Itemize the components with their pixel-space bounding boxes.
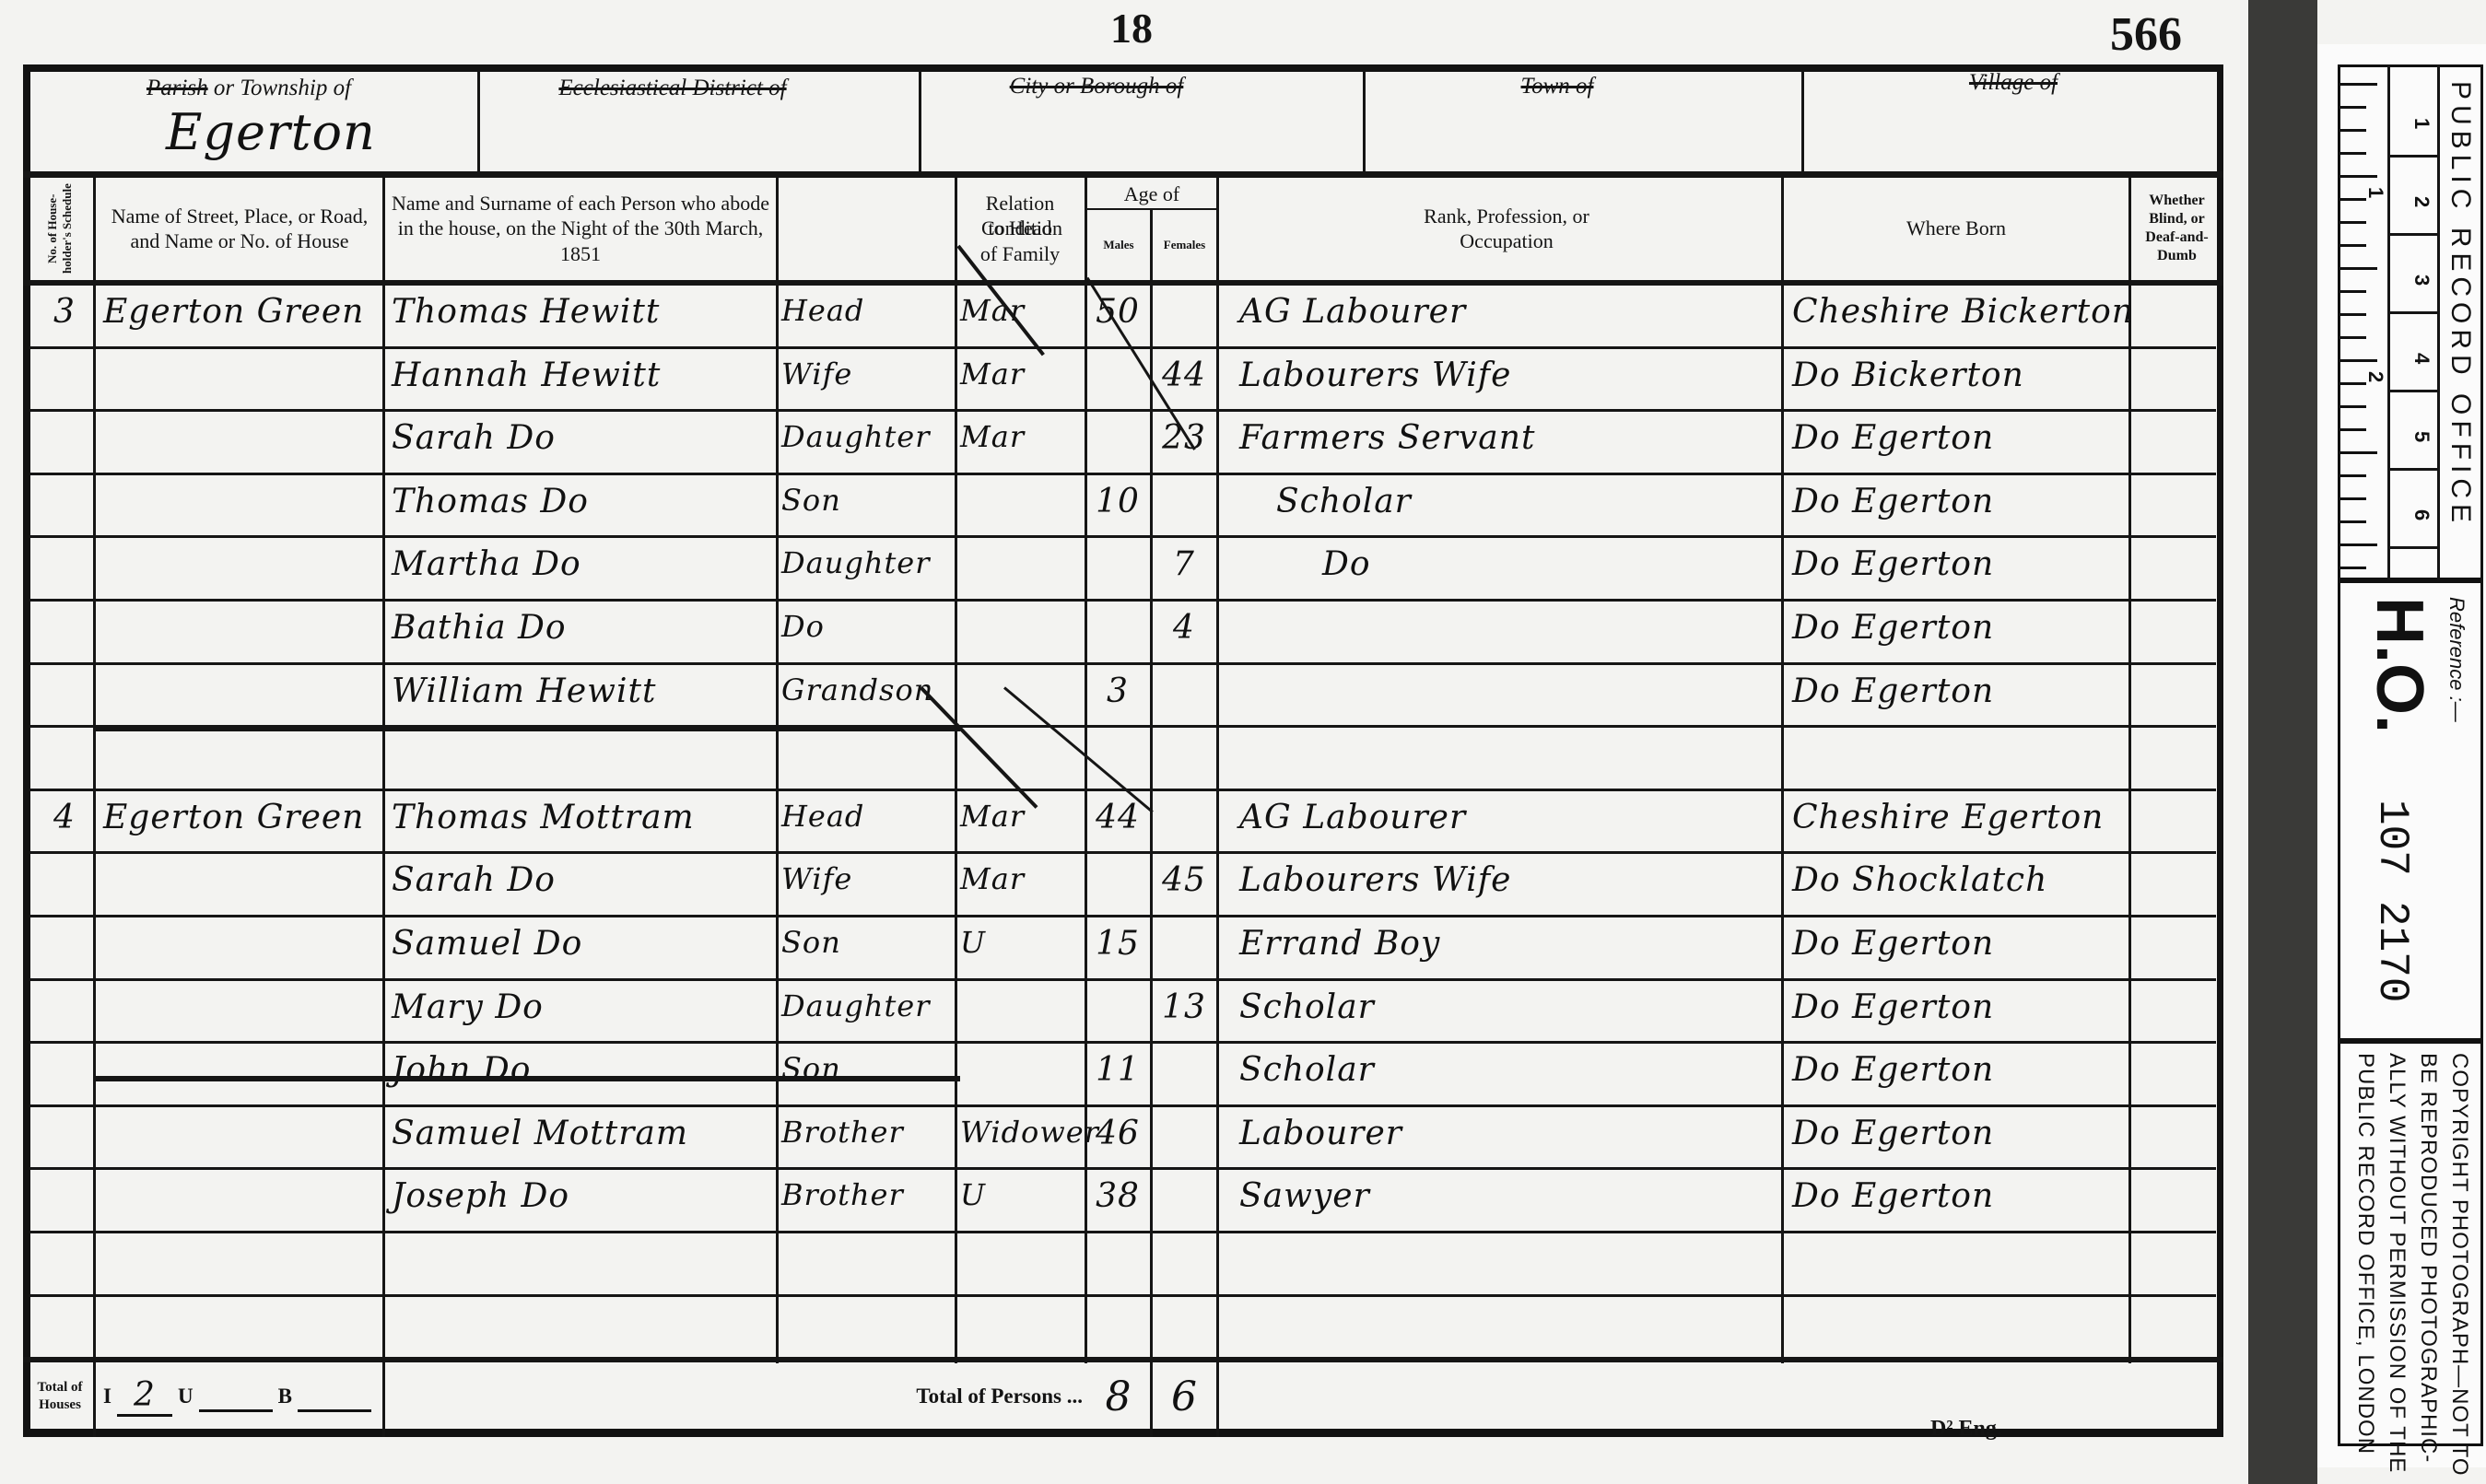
copyright-line: BE REPRODUCED PHOTOGRAPHIC- (2415, 1053, 2441, 1463)
ruler-divider (2387, 64, 2390, 580)
female-age-cell: 4 (1154, 609, 1214, 647)
col-line (1150, 210, 1153, 1437)
township-of-label: or Township of (214, 76, 351, 100)
schedule-cell: 3 (37, 293, 92, 331)
city-borough-label: City or Borough of (977, 74, 1216, 99)
where-born-cell: Do Egerton (1792, 1115, 2126, 1152)
inhabited-label: I (103, 1385, 111, 1408)
household-separator (96, 1076, 960, 1081)
ruler-tick (2340, 336, 2366, 339)
male-age-cell: 10 (1087, 483, 1148, 520)
where-born-cell: Do Egerton (1792, 545, 2126, 583)
copyright-line: ALLY WITHOUT PERMISSION OF THE (2384, 1053, 2410, 1473)
name-cell: Mary Do (392, 988, 774, 1026)
col-header-street: Name of Street, Place, or Road, and Name… (101, 181, 378, 276)
occupation-cell: Do (1239, 545, 1861, 583)
condition-cell: U (960, 1177, 1084, 1212)
condition-cell: Mar (960, 293, 1084, 328)
row-line (30, 409, 2216, 412)
male-age-cell: 3 (1087, 672, 1148, 710)
ruler-tick (2340, 267, 2377, 270)
cm-divider (2390, 468, 2437, 471)
relation-cell: Brother (781, 1177, 955, 1212)
cm-divider (2390, 546, 2437, 549)
ruler-tick (2340, 221, 2366, 224)
condition-cell: Mar (960, 419, 1084, 454)
ruler-tick (2340, 106, 2366, 109)
condition-cell: Mar (960, 356, 1084, 391)
row-line (30, 473, 2216, 475)
name-cell: Thomas Hewitt (392, 293, 774, 331)
ruler-tick (2340, 198, 2366, 201)
stamp-number: 566 (2110, 11, 2182, 59)
where-born-cell: Do Egerton (1792, 419, 2126, 457)
inhabited-value: 2 (117, 1376, 172, 1417)
cm-mark: 6 (2410, 509, 2433, 520)
divider (1363, 70, 1366, 173)
relation-cell: Daughter (781, 419, 955, 454)
col-header-occupation: Rank, Profession, or Occupation (1419, 181, 1594, 276)
ruler-tick (2340, 290, 2366, 293)
ruler-tick (2340, 129, 2366, 132)
reference-folio: 2170 (2368, 901, 2416, 1002)
folio-number: 18 (1110, 7, 1153, 50)
ruler-tick (2340, 520, 2366, 523)
name-cell: Sarah Do (392, 861, 774, 899)
ruler-tick (2340, 405, 2366, 408)
copyright-line: COPYRIGHT PHOTOGRAPH—NOT TO (2446, 1053, 2472, 1477)
cm-mark: 5 (2410, 431, 2433, 442)
name-cell: John Do (392, 1051, 774, 1089)
reference-class: H.O. (2362, 597, 2437, 733)
cm-divider (2390, 155, 2437, 158)
female-age-cell: 7 (1154, 545, 1214, 583)
row-line (30, 662, 2216, 665)
divider (1801, 70, 1804, 173)
village-label: Village of (1944, 70, 2082, 96)
row-line (30, 1231, 2216, 1233)
divider (477, 70, 480, 173)
occupation-cell: Errand Boy (1239, 925, 1778, 963)
male-age-cell: 44 (1087, 799, 1148, 836)
cm-divider (2390, 311, 2437, 314)
ruler-tick (2340, 567, 2366, 569)
row-line (30, 915, 2216, 917)
occupation-cell: AG Labourer (1239, 799, 1778, 836)
row-line (30, 346, 2216, 349)
total-males: 8 (1087, 1363, 1150, 1430)
col-line (93, 175, 96, 1437)
uninhabited-label: U (178, 1385, 193, 1408)
col-header-males: Males (1087, 212, 1150, 278)
row-line (30, 1041, 2216, 1044)
totals-top-line (23, 1357, 2223, 1362)
cm-mark: 4 (2410, 353, 2433, 364)
male-age-cell: 15 (1087, 925, 1148, 963)
female-age-cell: 23 (1154, 419, 1214, 457)
relation-cell: Head (781, 293, 955, 328)
occupation-cell: Scholar (1239, 1051, 1778, 1089)
col-header-schedule: No. of House-holder's Schedule (28, 181, 92, 276)
town-label: Town of (1493, 74, 1622, 99)
col-header-name: Name and Surname of each Person who abod… (387, 181, 774, 276)
total-persons-label: Total of Persons ... (885, 1363, 1083, 1430)
relation-cell: Daughter (781, 988, 955, 1023)
condition-cell: Mar (960, 799, 1084, 834)
occupation-cell: Farmers Servant (1239, 419, 1778, 457)
ruler-tick (2340, 451, 2377, 454)
name-cell: Joseph Do (392, 1177, 774, 1215)
ruler-tick (2340, 152, 2366, 155)
male-age-cell: 46 (1087, 1115, 1148, 1152)
ruler-tick (2340, 313, 2366, 316)
ruler-tick (2340, 497, 2366, 500)
col-header-age-of: Age of (1087, 181, 1216, 208)
divider (919, 70, 921, 173)
relation-cell: Son (781, 925, 955, 960)
inch-mark: 1 (2363, 187, 2387, 198)
reference-piece: 107 (2368, 800, 2416, 876)
reference-label: Reference :— (2445, 597, 2468, 722)
building-label: B (278, 1385, 292, 1408)
relation-cell: Brother (781, 1115, 955, 1150)
where-born-cell: Do Shocklatch (1792, 861, 2126, 899)
occupation-cell: Scholar (1239, 988, 1778, 1026)
where-born-cell: Do Egerton (1792, 483, 2126, 520)
ruler-tick (2340, 474, 2366, 477)
female-age-cell: 13 (1154, 988, 1214, 1026)
condition-cell: Widower (960, 1115, 1084, 1150)
row-line (30, 535, 2216, 538)
relation-cell: Wife (781, 356, 955, 391)
female-age-cell: 45 (1154, 861, 1214, 899)
ruler-tick (2340, 428, 2366, 431)
occupation-cell: AG Labourer (1239, 293, 1778, 331)
where-born-cell: Do Egerton (1792, 1051, 2126, 1089)
female-age-cell: 44 (1154, 356, 1214, 394)
condition-cell: U (960, 925, 1084, 960)
relation-cell: Grandson (781, 672, 955, 707)
col-line (776, 175, 779, 1363)
where-born-cell: Do Egerton (1792, 925, 2126, 963)
where-born-cell: Do Egerton (1792, 1177, 2126, 1215)
col-header-where-born: Where Born (1784, 181, 2128, 276)
household-separator (96, 726, 960, 731)
ruler-tick (2340, 543, 2377, 546)
row-line (30, 1104, 2216, 1107)
relation-cell: Head (781, 799, 955, 834)
where-born-cell: Do Egerton (1792, 988, 2126, 1026)
col-header-females: Females (1153, 212, 1216, 278)
scan-edge (2248, 0, 2317, 1484)
street-cell: Egerton Green (103, 799, 380, 836)
name-cell: Thomas Mottram (392, 799, 774, 836)
name-cell: Samuel Do (392, 925, 774, 963)
name-cell: Samuel Mottram (392, 1115, 774, 1152)
footer-mark: D² Eng. (1930, 1417, 2002, 1442)
relation-cell: Son (781, 483, 955, 518)
total-houses-label: Total of Houses (28, 1363, 92, 1430)
condition-cell: Mar (960, 861, 1084, 896)
ruler-tick (2340, 382, 2366, 385)
cm-mark: 3 (2410, 275, 2433, 286)
cm-mark: 2 (2410, 196, 2433, 207)
name-cell: Martha Do (392, 545, 774, 583)
occupation-cell: Sawyer (1239, 1177, 1778, 1215)
row-line (30, 1294, 2216, 1297)
name-cell: Sarah Do (392, 419, 774, 457)
parish-struck-label: Parish (147, 76, 208, 100)
cm-divider (2390, 233, 2437, 236)
row-line (30, 1167, 2216, 1170)
township-label: Parish or Township of (111, 76, 387, 101)
name-cell: Bathia Do (392, 609, 774, 647)
relation-cell: Daughter (781, 545, 955, 580)
where-born-cell: Do Egerton (1792, 672, 2126, 710)
col-header-condition-label: Condition (958, 181, 1085, 276)
occupation-cell: Labourers Wife (1239, 861, 1778, 899)
relation-cell: Wife (781, 861, 955, 896)
col-line (1216, 175, 1219, 1437)
where-born-cell: Do Egerton (1792, 609, 2126, 647)
cm-mark: 1 (2410, 118, 2433, 129)
col-line (382, 175, 385, 1437)
ruler-divider (2437, 64, 2440, 580)
ruler-tick (2340, 244, 2366, 247)
where-born-cell: Do Bickerton (1792, 356, 2126, 394)
occupation-cell: Labourers Wife (1239, 356, 1778, 394)
archive-reference-card: PUBLIC RECORD OFFICE 12 123456 Reference… (2317, 44, 2486, 1467)
row-line (30, 978, 2216, 981)
total-females: 6 (1153, 1363, 1216, 1430)
row-line (30, 599, 2216, 602)
copyright-line: PUBLIC RECORD OFFICE, LONDON (2352, 1053, 2378, 1455)
name-cell: Thomas Do (392, 483, 774, 520)
ecclesiastical-district-label: Ecclesiastical District of (516, 76, 829, 101)
uninhabited-value (199, 1382, 273, 1412)
schedule-cell: 4 (37, 799, 92, 836)
ruler-tick (2340, 359, 2377, 362)
name-cell: William Hewitt (392, 672, 774, 710)
location-header-divider (23, 171, 2223, 178)
col-line (955, 175, 957, 1363)
cm-divider (2390, 390, 2437, 392)
col-line (1781, 175, 1784, 1363)
occupation-cell: Scholar (1239, 483, 1815, 520)
township-value: Egerton (166, 103, 376, 161)
row-line (30, 851, 2216, 854)
ruler-tick (2340, 175, 2377, 178)
male-age-cell: 11 (1087, 1051, 1148, 1089)
male-age-cell: 38 (1087, 1177, 1148, 1215)
occupation-cell: Labourer (1239, 1115, 1778, 1152)
street-cell: Egerton Green (103, 293, 380, 331)
inch-mark: 2 (2363, 371, 2387, 382)
building-value (298, 1382, 371, 1412)
col-header-blind-deaf: Whether Blind, or Deaf-and-Dumb (2133, 181, 2221, 276)
total-houses-values: I 2 U B (103, 1363, 380, 1430)
col-line (2128, 175, 2131, 1363)
where-born-cell: Cheshire Egerton (1792, 799, 2126, 836)
pro-title: PUBLIC RECORD OFFICE (2445, 81, 2476, 528)
relation-cell: Do (781, 609, 955, 644)
column-header-bottom (23, 280, 2223, 286)
ruler-tick (2340, 83, 2377, 86)
name-cell: Hannah Hewitt (392, 356, 774, 394)
where-born-cell: Cheshire Bickerton (1792, 293, 2126, 331)
